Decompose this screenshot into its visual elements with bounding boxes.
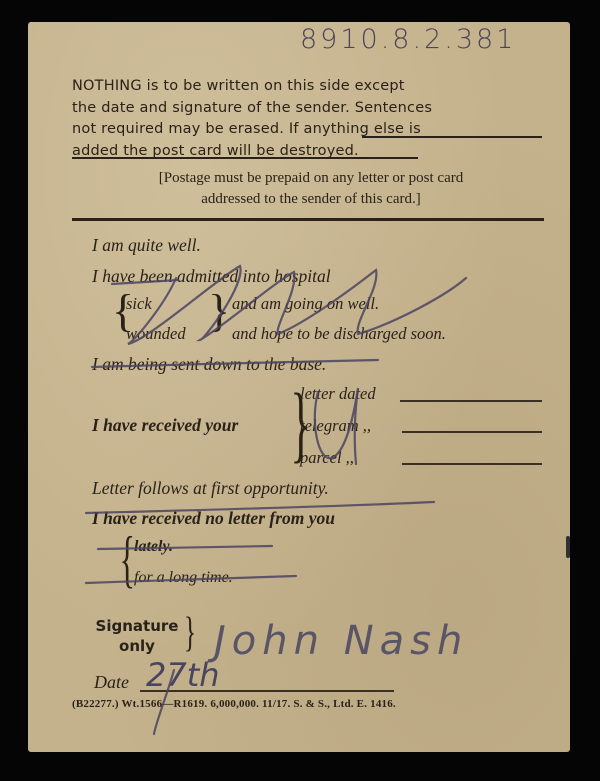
edge-mark (566, 536, 570, 558)
field-service-postcard: 8910.8.2.381 NOTHING is to be written on… (28, 22, 570, 752)
pencil-strikeout-marks (28, 22, 570, 752)
